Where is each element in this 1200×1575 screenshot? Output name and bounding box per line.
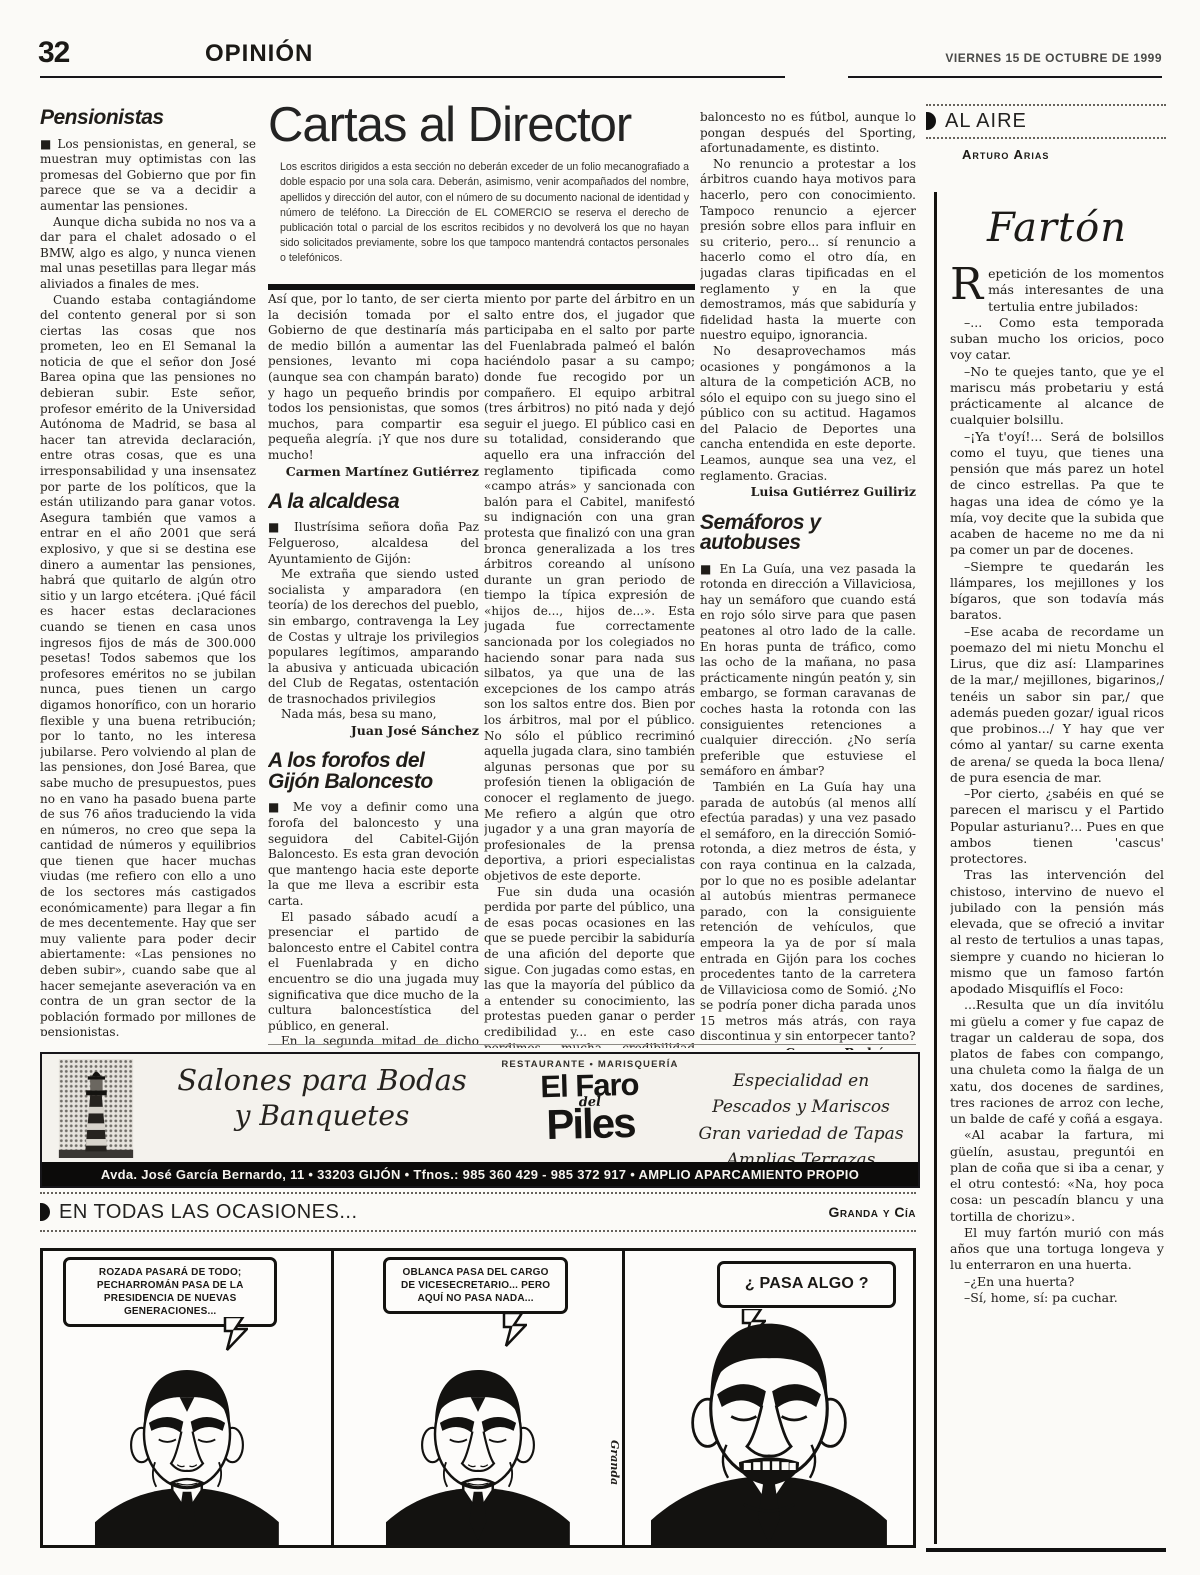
letter-title-pensionistas: Pensionistas xyxy=(40,108,256,129)
letter-paragraph: Fue sin duda una ocasión perdida por par… xyxy=(484,885,695,1048)
politician-caricature-angry xyxy=(651,1311,887,1548)
speech-bubble-tail xyxy=(222,1317,248,1351)
letter-paragraph: Cuando estaba contagiándome del contento… xyxy=(40,293,256,1036)
letter-paragraph: ■ Ilustrísima señora doña Paz Felgueroso… xyxy=(268,520,479,567)
lighthouse-icon xyxy=(48,1059,144,1158)
header-rule-left xyxy=(40,76,785,78)
letter-paragraph: No desaprovechamos más ocasiones y pongá… xyxy=(700,344,916,484)
letter-title-alcaldesa: A la alcaldesa xyxy=(268,492,479,513)
al-aire-kicker: AL AIRE xyxy=(945,111,1027,131)
article-paragraph: –Siempre te quedarán les llámpares, los … xyxy=(950,559,1164,624)
letters-bottom-rule xyxy=(268,1044,916,1045)
column-pensionistas: Pensionistas ■ Los pensionistas, en gene… xyxy=(40,108,256,1036)
column-letters-2: Así que, por lo tanto, de ser cierta la … xyxy=(268,292,479,1048)
letter-paragraph: Me extraña que siendo usted socialista y… xyxy=(268,567,479,707)
letter-signature: Juan José Sánchez xyxy=(268,723,479,739)
politician-caricature xyxy=(386,1359,570,1548)
ad-script-text: Salones para Bodas y Banquetes xyxy=(157,1062,487,1133)
letter-paragraph: miento por parte del árbitro en un salto… xyxy=(484,292,695,885)
speech-bubble: ¿ PASA ALGO ? xyxy=(717,1261,896,1308)
ad-script-line2: y Banquetes xyxy=(157,1098,487,1133)
article-paragraph: –¡Ya t'oyí!... Será de bolsillos como el… xyxy=(950,429,1164,559)
letter-paragraph: En la segunda mitad de dicho encuentro, … xyxy=(268,1034,479,1048)
article-paragraph: El muy fartón murió con más años que una… xyxy=(950,1225,1164,1274)
comic-kicker: EN TODAS LAS OCASIONES... xyxy=(59,1202,358,1222)
half-disc-bullet-icon xyxy=(926,112,936,130)
politician-caricature xyxy=(95,1359,279,1548)
comic-panel-2: OBLANCA PASA DEL CARGO DE VICESECRETARIO… xyxy=(331,1248,625,1548)
comic-kicker-row: EN TODAS LAS OCASIONES... xyxy=(40,1202,358,1222)
ad-slogans: Especialidad en Pescados y Mariscos Gran… xyxy=(692,1068,910,1173)
letters-masthead: Cartas al Director Los escritos dirigido… xyxy=(268,100,695,290)
article-paragraph: –... Como esta temporada suban mucho los… xyxy=(950,315,1164,364)
restaurant-advert: Salones para Bodas y Banquetes RESTAURAN… xyxy=(40,1052,920,1188)
column-letters-4: baloncesto no es fútbol, aunque lo ponga… xyxy=(700,110,916,1050)
ad-slogan-1: Especialidad en Pescados y Mariscos xyxy=(692,1068,910,1121)
letter-paragraph: Nada más, besa su mano, xyxy=(268,707,479,723)
article-paragraph: –Ese acaba de recordame un poemazo del m… xyxy=(950,624,1164,787)
page-date: VIERNES 15 DE OCTUBRE DE 1999 xyxy=(945,52,1162,64)
letter-paragraph: ■ Los pensionistas, en general, se muest… xyxy=(40,137,256,215)
letter-signature: Luisa Gutiérrez Guiliriz xyxy=(700,484,916,500)
article-paragraph: –No te quejes tanto, que ye el mariscu m… xyxy=(950,364,1164,429)
article-paragraph-text: epetición de los momentos más interesant… xyxy=(988,266,1164,314)
comic-panel-1: ROZADA PASARÁ DE TODO; PECHARROMÁN PASA … xyxy=(40,1248,334,1548)
header-rule-right xyxy=(848,76,1162,78)
artist-signature: Granda xyxy=(609,1440,620,1485)
article-paragraph: –Sí, home, sí: pa cuchar. xyxy=(950,1290,1164,1306)
al-aire-article-title: Fartón xyxy=(950,206,1164,250)
dropcap: R xyxy=(950,266,988,301)
letter-title-semaforos: Semáforos y autobuses xyxy=(700,513,916,554)
letter-paragraph: También en La Guía hay una parada de aut… xyxy=(700,780,916,1045)
comic-header: EN TODAS LAS OCASIONES... Granda y Cía xyxy=(40,1192,916,1232)
article-paragraph: –Por cierto, ¿sabéis en qué se parecen e… xyxy=(950,786,1164,867)
ad-address-bar: Avda. José García Bernardo, 11 • 33203 G… xyxy=(42,1162,918,1186)
column-letters-3: miento por parte del árbitro en un salto… xyxy=(484,292,695,1048)
letter-title-forofos: A los forofos del Gijón Baloncesto xyxy=(268,751,479,792)
page-number: 32 xyxy=(38,38,69,68)
comic-strip: ROZADA PASARÁ DE TODO; PECHARROMÁN PASA … xyxy=(40,1248,916,1548)
al-aire-body: Fartón Repetición de los momentos más in… xyxy=(950,192,1164,1544)
letter-paragraph: El pasado sábado acudí a presenciar el p… xyxy=(268,910,479,1035)
al-aire-kicker-row: AL AIRE xyxy=(926,104,1166,139)
letter-paragraph: Aunque dicha subida no nos va a dar para… xyxy=(40,215,256,293)
article-paragraph: Tras las intervención del chistoso, inte… xyxy=(950,867,1164,997)
letter-signature: Carmen Martínez Gutiérrez xyxy=(268,464,479,480)
ad-logo-line3: Piles xyxy=(490,1104,691,1145)
al-aire-left-rule xyxy=(934,192,937,1544)
al-aire-column: AL AIRE Arturo Arias Fartón Repetición d… xyxy=(926,104,1166,1552)
letter-paragraph: Así que, por lo tanto, de ser cierta la … xyxy=(268,292,479,464)
comic-panel-3: ¿ PASA ALGO ? xyxy=(622,1248,916,1548)
article-paragraph: ...Resulta que un día invitólu mi güelu … xyxy=(950,997,1164,1127)
ad-logo: El Faro del Piles xyxy=(489,1069,691,1144)
letter-signature: Carmen Rodríguez Fernández xyxy=(700,1045,916,1050)
ad-slogan-2: Gran variedad de Tapas xyxy=(692,1121,910,1147)
letter-paragraph: ■ En La Guía, una vez pasada la rotonda … xyxy=(700,562,916,780)
comic-byline: Granda y Cía xyxy=(828,1205,916,1219)
letter-paragraph: baloncesto no es fútbol, aunque lo ponga… xyxy=(700,110,916,157)
article-paragraph: –¿En una huerta? xyxy=(950,1274,1164,1290)
half-disc-bullet-icon xyxy=(40,1203,50,1221)
section-title: OPINIÓN xyxy=(205,42,313,66)
article-paragraph: «Al acabar la fartura, mi güelín, asusta… xyxy=(950,1127,1164,1225)
speech-bubble-tail xyxy=(501,1313,527,1347)
letter-paragraph: No renuncio a protestar a los árbitros c… xyxy=(700,157,916,344)
letters-masthead-title: Cartas al Director xyxy=(268,100,695,151)
speech-bubble: OBLANCA PASA DEL CARGO DE VICESECRETARIO… xyxy=(383,1257,568,1314)
letter-paragraph: ■ Me voy a definir como una forofa del b… xyxy=(268,800,479,909)
article-paragraph: Repetición de los momentos más interesan… xyxy=(950,266,1164,315)
al-aire-author: Arturo Arias xyxy=(962,148,1049,161)
letters-masthead-rules: Los escritos dirigidos a esta sección no… xyxy=(268,160,695,265)
ad-script-line1: Salones para Bodas xyxy=(157,1062,487,1098)
